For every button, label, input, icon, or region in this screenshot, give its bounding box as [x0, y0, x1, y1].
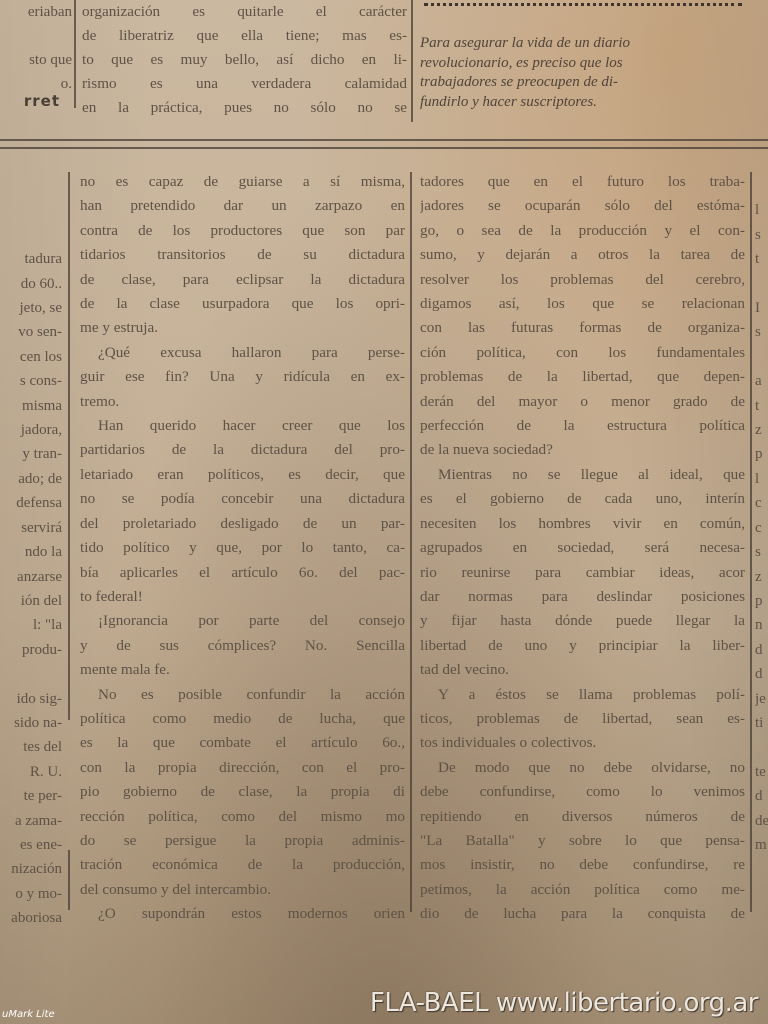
- text-line: rismo es una verdadera calamidad: [82, 72, 407, 96]
- text-line: debe confundirse, como lo venimos: [420, 780, 745, 804]
- text-line: política como medio de lucha, que: [80, 707, 405, 731]
- article-column-middle: no es capaz de guiarse a sí misma,han pr…: [80, 170, 405, 927]
- text-fragment: [0, 174, 62, 198]
- text-fragment: [0, 24, 72, 48]
- text-fragment: jadora,: [0, 418, 62, 442]
- dotted-rule: [424, 3, 742, 6]
- text-fragment: tadura: [0, 247, 62, 271]
- text-fragment: tes del: [0, 735, 62, 759]
- text-line: tremo.: [80, 390, 405, 414]
- text-fragment: produ-: [0, 638, 62, 662]
- text-fragment: servirá: [0, 516, 62, 540]
- text-fragment: n: [755, 613, 768, 637]
- left-fragment-column: tadurado 60..jeto, sevo sen-cen loss con…: [0, 174, 62, 931]
- text-line: to federal!: [80, 585, 405, 609]
- text-fragment: o y mo-: [0, 882, 62, 906]
- notice-line: trabajadores se preocupen de di-: [420, 73, 744, 93]
- column-divider: [411, 0, 413, 122]
- text-line: De modo que no debe olvidarse, no: [420, 756, 745, 780]
- text-fragment: l: [755, 467, 768, 491]
- text-line: resolver los problemas del cerebro,: [420, 268, 745, 292]
- text-line: repitiendo en diversos números de: [420, 805, 745, 829]
- text-fragment: nización: [0, 857, 62, 881]
- text-line: sumo, y dejarán a otros la tarea de: [420, 243, 745, 267]
- text-line: ¡Ignorancia por parte del consejo: [80, 609, 405, 633]
- text-line: es el gobierno de cada uno, interín: [420, 487, 745, 511]
- text-line: ¿Qué excusa hallaron para perse-: [80, 341, 405, 365]
- text-line: petimos, la acción política como me-: [420, 878, 745, 902]
- author-byline: rret: [0, 92, 60, 110]
- text-fragment: z: [755, 565, 768, 589]
- text-line: digamos así, los que se relacionan: [420, 292, 745, 316]
- text-line: to que es muy bello, así dicho en li-: [82, 48, 407, 72]
- text-line: ticos, problemas de libertad, sean es-: [420, 707, 745, 731]
- text-line: bía aplicarles el artículo 6o. del pac-: [80, 561, 405, 585]
- text-fragment: anzarse: [0, 565, 62, 589]
- text-line: es la que combate el artículo 6o.,: [80, 731, 405, 755]
- text-fragment: ido sig-: [0, 687, 62, 711]
- text-fragment: aboriosa: [0, 906, 62, 930]
- section-rule-top: [0, 139, 768, 141]
- text-line: guir ese fin? Una y ridícula en ex-: [80, 365, 405, 389]
- text-fragment: ti: [755, 711, 768, 735]
- column-divider: [68, 850, 70, 910]
- text-fragment: a: [755, 369, 768, 393]
- text-line: de la clase usurpadora que los opri-: [80, 292, 405, 316]
- text-line: letariado eran políticos, es decir, que: [80, 463, 405, 487]
- text-line: tidarios transitorios de su dictadura: [80, 243, 405, 267]
- text-line: Y a éstos se llama problemas polí-: [420, 683, 745, 707]
- text-line: en la práctica, pues no sólo no se: [82, 96, 407, 120]
- text-fragment: t: [755, 247, 768, 271]
- top-middle-text: organización es quitarle el carácterde l…: [82, 0, 407, 120]
- text-fragment: a zama-: [0, 809, 62, 833]
- text-line: "La Batalla" y sobre lo que pensa-: [420, 829, 745, 853]
- text-line: ción política, con los fundamentales: [420, 341, 745, 365]
- text-fragment: jeto, se: [0, 296, 62, 320]
- column-divider: [68, 172, 70, 720]
- column-divider: [750, 172, 752, 912]
- text-line: organización es quitarle el carácter: [82, 0, 407, 24]
- text-fragment: [0, 223, 62, 247]
- text-line: y de sus cómplices? No. Sencilla: [80, 634, 405, 658]
- text-line: jadores se ocuparán sólo del estóma-: [420, 194, 745, 218]
- text-fragment: [755, 345, 768, 369]
- text-line: no se podía concebir una dictadura: [80, 487, 405, 511]
- text-line: rección política, como del mismo mo: [80, 805, 405, 829]
- software-watermark: uMark Lite: [2, 1009, 55, 1020]
- text-fragment: c: [755, 516, 768, 540]
- text-line: del consumo y del intercambio.: [80, 878, 405, 902]
- text-fragment: de: [755, 809, 768, 833]
- text-fragment: ndo la: [0, 540, 62, 564]
- text-fragment: s: [755, 223, 768, 247]
- text-fragment: misma: [0, 394, 62, 418]
- column-divider: [74, 0, 76, 108]
- text-line: necesiten los hombres vivir en común,: [420, 512, 745, 536]
- notice-line: fundirlo y hacer suscriptores.: [420, 93, 744, 113]
- notice-line: revolucionario, es preciso que los: [420, 54, 744, 74]
- text-line: partidarios de la dictadura del pro-: [80, 438, 405, 462]
- text-line: mos insistir, no debe confundirse, re: [420, 853, 745, 877]
- text-fragment: l: [755, 198, 768, 222]
- text-line: del proletariado desligado de un par-: [80, 512, 405, 536]
- text-fragment: s: [755, 540, 768, 564]
- text-fragment: I: [755, 296, 768, 320]
- text-fragment: te per-: [0, 784, 62, 808]
- text-fragment: [755, 272, 768, 296]
- text-line: tos individuales o colectivos.: [420, 731, 745, 755]
- text-line: de la nueva sociedad?: [420, 438, 745, 462]
- text-fragment: m: [755, 833, 768, 857]
- text-line: rio reunirse para cambiar ideas, acor: [420, 561, 745, 585]
- column-divider: [410, 172, 412, 912]
- text-fragment: p: [755, 589, 768, 613]
- text-fragment: y tran-: [0, 442, 62, 466]
- text-line: Mientras no se llegue al ideal, que: [420, 463, 745, 487]
- text-fragment: l: "la: [0, 613, 62, 637]
- text-line: me y estruja.: [80, 316, 405, 340]
- text-fragment: s cons-: [0, 369, 62, 393]
- text-fragment: sido na-: [0, 711, 62, 735]
- subscription-notice: Para asegurar la vida de un diariorevolu…: [420, 34, 744, 112]
- text-fragment: [755, 735, 768, 759]
- text-fragment: [0, 198, 62, 222]
- text-line: tad del vecino.: [420, 658, 745, 682]
- text-line: go, o sea de la producción y el con-: [420, 219, 745, 243]
- text-line: No es posible confundir la acción: [80, 683, 405, 707]
- text-fragment: z: [755, 418, 768, 442]
- text-line: libertad de uno y principiar la liber-: [420, 634, 745, 658]
- text-fragment: ión del: [0, 589, 62, 613]
- text-fragment: do 60..: [0, 272, 62, 296]
- text-fragment: sto que: [0, 48, 72, 72]
- text-line: de liberatriz que ella tiene; mas es-: [82, 24, 407, 48]
- text-fragment: te: [755, 760, 768, 784]
- text-line: de clase, para eclipsar la dictadura: [80, 268, 405, 292]
- text-line: dar normas para deslindar posiciones: [420, 585, 745, 609]
- text-line: han pretendido dar un zarpazo en: [80, 194, 405, 218]
- section-rule-bottom: [0, 147, 768, 149]
- text-line: Han querido hacer creer que los: [80, 414, 405, 438]
- text-fragment: d: [755, 784, 768, 808]
- text-line: agrupados en sociedad, será necesa-: [420, 536, 745, 560]
- right-fragment-column: lst Is atzplccszpnddjeti teddem: [755, 174, 768, 857]
- text-fragment: [755, 174, 768, 198]
- text-line: mente mala fe.: [80, 658, 405, 682]
- text-fragment: ado; de: [0, 467, 62, 491]
- text-fragment: t: [755, 394, 768, 418]
- text-line: perfección de la estructura política: [420, 414, 745, 438]
- notice-line: Para asegurar la vida de un diario: [420, 34, 744, 54]
- text-fragment: eriaban: [0, 0, 72, 24]
- text-line: contra de los productores que son par: [80, 219, 405, 243]
- text-line: dio de lucha para la conquista de: [420, 902, 745, 926]
- text-fragment: vo sen-: [0, 320, 62, 344]
- text-fragment: s: [755, 320, 768, 344]
- text-line: derán del mayor o menor grado de: [420, 390, 745, 414]
- text-line: tración económica de la producción,: [80, 853, 405, 877]
- text-line: pio gobierno de clase, la propia di: [80, 780, 405, 804]
- text-fragment: d: [755, 662, 768, 686]
- text-line: do se persigue la propia adminis-: [80, 829, 405, 853]
- text-fragment: cen los: [0, 345, 62, 369]
- text-line: problemas de la libertad, que depen-: [420, 365, 745, 389]
- text-line: y fijar hasta dónde puede llegar la: [420, 609, 745, 633]
- text-fragment: defensa: [0, 491, 62, 515]
- text-line: tido político y que, por lo tanto, ca-: [80, 536, 405, 560]
- text-fragment: es ene-: [0, 833, 62, 857]
- text-fragment: c: [755, 491, 768, 515]
- text-line: no es capaz de guiarse a sí misma,: [80, 170, 405, 194]
- text-line: con la propia dirección, con el pro-: [80, 756, 405, 780]
- text-fragment: [0, 662, 62, 686]
- article-column-right: tadores que en el futuro los traba-jador…: [420, 170, 745, 927]
- text-line: tadores que en el futuro los traba-: [420, 170, 745, 194]
- text-fragment: d: [755, 638, 768, 662]
- text-line: con las futuras formas de organiza-: [420, 316, 745, 340]
- text-fragment: je: [755, 687, 768, 711]
- text-fragment: p: [755, 442, 768, 466]
- text-line: ¿O supondrán estos modernos orien: [80, 902, 405, 926]
- text-fragment: R. U.: [0, 760, 62, 784]
- archive-watermark: FLA-BAEL www.libertario.org.ar: [370, 988, 758, 1018]
